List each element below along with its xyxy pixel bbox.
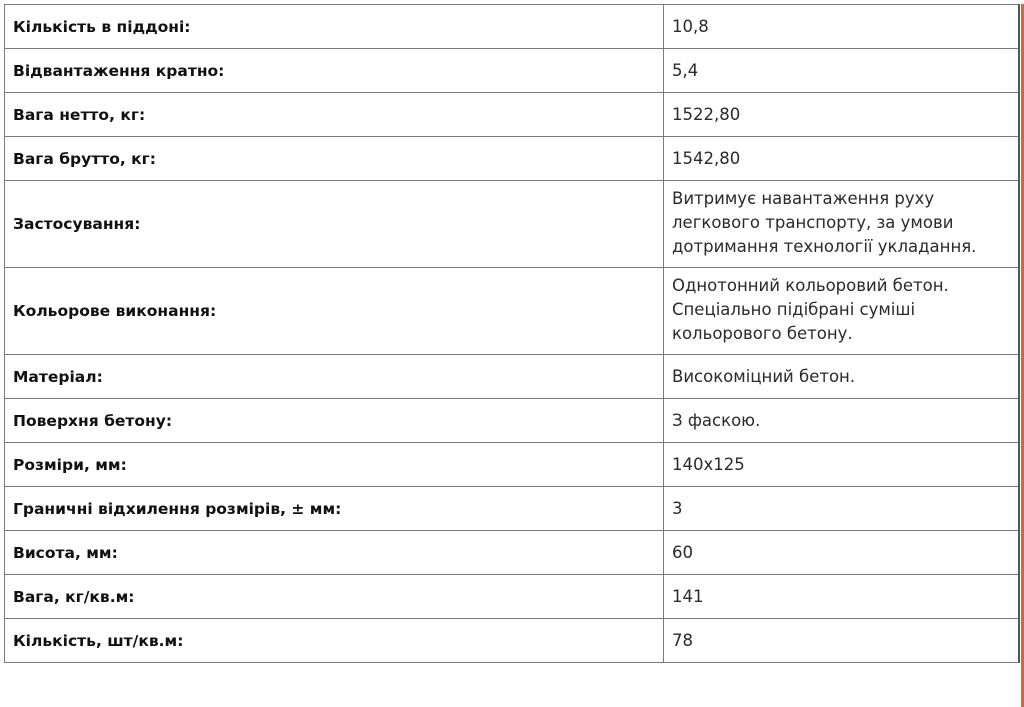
- spec-label: Кольорове виконання:: [5, 268, 664, 355]
- spec-label: Застосування:: [5, 181, 664, 268]
- spec-value: 78: [664, 619, 1020, 663]
- spec-label: Відвантаження кратно:: [5, 49, 664, 93]
- spec-label: Висота, мм:: [5, 531, 664, 575]
- table-row: Розміри, мм: 140x125: [5, 443, 1020, 487]
- spec-value: 10,8: [664, 5, 1020, 49]
- spec-table-container: Кількість в піддоні: 10,8 Відвантаження …: [4, 4, 1020, 663]
- spec-label: Кількість, шт/кв.м:: [5, 619, 664, 663]
- table-row: Матеріал: Високоміцний бетон.: [5, 355, 1020, 399]
- table-row: Поверхня бетону: З фаскою.: [5, 399, 1020, 443]
- spec-value: 3: [664, 487, 1020, 531]
- spec-value: 1542,80: [664, 137, 1020, 181]
- table-row: Граничні відхилення розмірів, ± мм: 3: [5, 487, 1020, 531]
- spec-value: Витримує навантаження руху легкового тра…: [664, 181, 1020, 268]
- spec-label: Вага, кг/кв.м:: [5, 575, 664, 619]
- spec-label: Матеріал:: [5, 355, 664, 399]
- spec-label: Розміри, мм:: [5, 443, 664, 487]
- table-row: Висота, мм: 60: [5, 531, 1020, 575]
- table-row: Вага нетто, кг: 1522,80: [5, 93, 1020, 137]
- spec-value: 60: [664, 531, 1020, 575]
- spec-value: 1522,80: [664, 93, 1020, 137]
- table-row: Відвантаження кратно: 5,4: [5, 49, 1020, 93]
- spec-value: Високоміцний бетон.: [664, 355, 1020, 399]
- table-row: Застосування: Витримує навантаження руху…: [5, 181, 1020, 268]
- spec-label: Граничні відхилення розмірів, ± мм:: [5, 487, 664, 531]
- table-row: Кількість, шт/кв.м: 78: [5, 619, 1020, 663]
- spec-label: Вага нетто, кг:: [5, 93, 664, 137]
- table-row: Вага, кг/кв.м: 141: [5, 575, 1020, 619]
- table-row: Кольорове виконання: Однотонний кольоров…: [5, 268, 1020, 355]
- spec-label: Кількість в піддоні:: [5, 5, 664, 49]
- spec-label: Поверхня бетону:: [5, 399, 664, 443]
- table-row: Кількість в піддоні: 10,8: [5, 5, 1020, 49]
- table-row: Вага брутто, кг: 1542,80: [5, 137, 1020, 181]
- spec-value: Однотонний кольоровий бетон. Спеціально …: [664, 268, 1020, 355]
- spec-label: Вага брутто, кг:: [5, 137, 664, 181]
- spec-value: 140x125: [664, 443, 1020, 487]
- spec-value: 141: [664, 575, 1020, 619]
- product-specifications-table: Кількість в піддоні: 10,8 Відвантаження …: [4, 4, 1020, 663]
- spec-value: З фаскою.: [664, 399, 1020, 443]
- spec-value: 5,4: [664, 49, 1020, 93]
